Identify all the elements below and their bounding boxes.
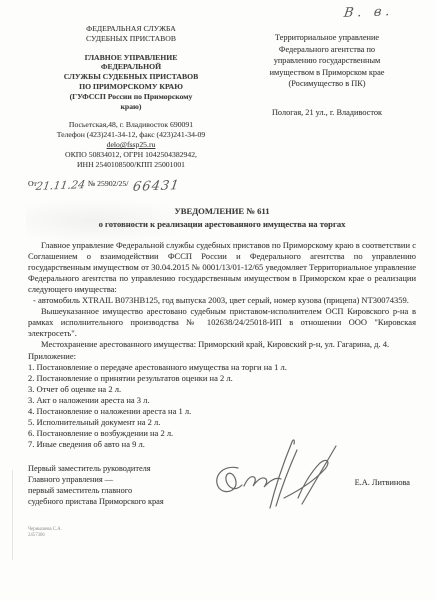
attachment-item: 1. Постановление о передаче арестованног… xyxy=(28,362,416,373)
recipient-line: (Росимущество в ПК) xyxy=(238,78,416,90)
property-item-line: - автомобиль XTRAIL B073HB125, год выпус… xyxy=(28,295,416,306)
signature-block: Первый заместитель руководителя Главного… xyxy=(28,464,416,507)
signer-position: Первый заместитель руководителя Главного… xyxy=(28,464,223,507)
sender-dept-line: (ГУФССП России по Приморскому xyxy=(28,92,234,102)
signer-position-line: судебного пристава Приморского края xyxy=(28,497,223,508)
attachment-item: 2. Постановление о принятии результатов … xyxy=(28,373,416,384)
handwritten-corner-note: В. в. xyxy=(343,4,395,21)
document-title-number: УВЕДОМЛЕНИЕ № 611 xyxy=(28,205,416,218)
body-paragraph-1: Главное управление Федеральной службы су… xyxy=(28,240,416,295)
recipient-line: управлению государственным xyxy=(238,55,416,67)
handwritten-signature xyxy=(204,436,354,519)
signature-scrawl-icon xyxy=(204,436,354,514)
signer-position-line: Главного управления — xyxy=(28,475,223,486)
sender-contacts: Посьетская,48, г. Владивосток 690091 Тел… xyxy=(28,120,234,169)
sender-inn-kpp: ИНН 2540108500/КПП 25001001 xyxy=(28,160,234,170)
executor-phone: 2457306 xyxy=(28,533,416,539)
sender-email-link: delo@fssp25.ru xyxy=(107,140,156,149)
attachment-item: 3. Отчет об оценке на 2 л. xyxy=(28,384,416,395)
sender-dept-line: ФЕДЕРАЛЬНОЙ xyxy=(28,62,234,72)
sender-block: ФЕДЕРАЛЬНАЯ СЛУЖБА СУДЕБНЫХ ПРИСТАВОВ ГЛ… xyxy=(28,24,234,189)
body-paragraph-3: Местохранение арестованного имущества: П… xyxy=(28,339,416,350)
document-page: В. в. ФЕДЕРАЛЬНАЯ СЛУЖБА СУДЕБНЫХ ПРИСТА… xyxy=(0,0,436,600)
attachment-item: 4. Постановление о наложении ареста на 1… xyxy=(28,406,416,417)
recipient-block: Территориальное управление Федерального … xyxy=(238,24,416,118)
letterhead: ФЕДЕРАЛЬНАЯ СЛУЖБА СУДЕБНЫХ ПРИСТАВОВ ГЛ… xyxy=(28,24,416,189)
body-paragraph-2: Вышеуказанное имущество арестовано судеб… xyxy=(28,306,416,339)
sender-department-name: ГЛАВНОЕ УПРАВЛЕНИЕ ФЕДЕРАЛЬНОЙ СЛУЖБЫ СУ… xyxy=(28,53,234,112)
recipient-line: имуществом в Приморском крае xyxy=(238,67,416,79)
sender-org-line: СУДЕБНЫХ ПРИСТАВОВ xyxy=(28,34,234,44)
executor-note: Чернышева С.А. 2457306 xyxy=(28,527,416,539)
signer-position-line: Первый заместитель руководителя xyxy=(28,464,223,475)
attachment-item: 3. Акт о наложении ареста на 3 л. xyxy=(28,395,416,406)
attachments-label: Приложение: xyxy=(28,351,416,362)
handwritten-outgoing-number: 66431 xyxy=(133,182,181,193)
sender-dept-line: ГЛАВНОЕ УПРАВЛЕНИЕ xyxy=(28,53,234,63)
ref-number-label: № 25902/25/ xyxy=(88,179,128,189)
sender-address: Посьетская,48, г. Владивосток 690091 xyxy=(28,120,234,130)
sender-org-name: ФЕДЕРАЛЬНАЯ СЛУЖБА СУДЕБНЫХ ПРИСТАВОВ xyxy=(28,24,234,44)
sender-dept-line: СЛУЖБЫ СУДЕБНЫХ ПРИСТАВОВ xyxy=(28,72,234,82)
recipient-address: Пологая, 21 ул., г. Владивосток xyxy=(238,107,416,119)
recipient-line: Федерального агентства по xyxy=(238,44,416,56)
recipient-line: Территориальное управление xyxy=(238,32,416,44)
sender-okpo-ogrn: ОКПО 50834012, ОГРН 1042504382942, xyxy=(28,150,234,160)
sender-dept-line: ПО ПРИМОРСКОМУ КРАЮ xyxy=(28,82,234,92)
handwritten-date: 21.11.24 xyxy=(35,181,86,193)
sender-dept-line: краю) xyxy=(28,102,234,112)
scan-fold-line xyxy=(12,470,13,560)
signer-name: Е.А. Литвинова xyxy=(355,464,416,487)
sender-org-line: ФЕДЕРАЛЬНАЯ СЛУЖБА xyxy=(28,24,234,34)
document-title-subject: о готовности к реализации арестованного … xyxy=(28,218,416,231)
document-body: Главное управление Федеральной службы су… xyxy=(28,240,416,350)
attachment-item: 5. Исполнительный документ на 2 л. xyxy=(28,417,416,428)
sender-phone: Телефон (423)241-34-12, факс (423)241-34… xyxy=(28,130,234,140)
document-title: УВЕДОМЛЕНИЕ № 611 о готовности к реализа… xyxy=(28,205,416,231)
reference-line: От 21.11.24 № 25902/25/ 66431 xyxy=(28,179,234,189)
signer-position-line: первый заместитель главного xyxy=(28,486,223,497)
